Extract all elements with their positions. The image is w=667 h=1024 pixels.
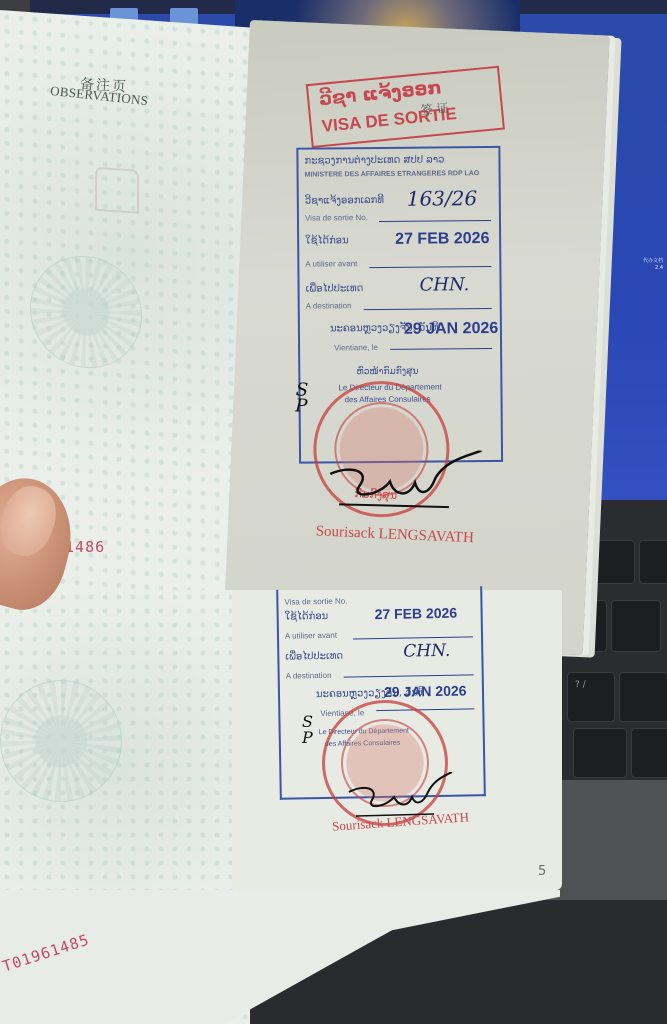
keyboard-key (639, 540, 667, 584)
field-label-lao: ເພື່ອໄປປະເທດ (306, 283, 364, 295)
side-label-line: 2.4 (643, 265, 663, 272)
keyboard-key: ? / (567, 672, 615, 722)
guilloche-rosette (0, 680, 122, 802)
photo-scene: ·· ·· 屏幕广告 代办文档 2.4 ? / 备注页 OBSERVATIONS… (0, 0, 667, 1024)
side-label-line: 代办文档 (643, 258, 663, 265)
keyboard-key (611, 600, 661, 652)
initial-p: P (302, 730, 313, 746)
page-number: 5 (538, 864, 546, 879)
field-rule (353, 636, 473, 639)
keyboard-key (573, 728, 627, 778)
handwritten-initials: S P (295, 382, 309, 415)
initial-p: P (295, 398, 308, 415)
field-rule (344, 674, 474, 677)
guilloche-rosette (30, 252, 142, 372)
ministry-name-lao: ກະຊວງການຕ່າງປະເທດ ສປປ ລາວ (304, 154, 444, 166)
field-label-fr: Vientiane, le (334, 343, 378, 352)
field-label-lao: ໃຊ້ໄດ້ກ່ອນ (285, 611, 329, 623)
temple-of-heaven-watermark (95, 167, 139, 214)
field-label-lao: ວີຊາແຈ້ງອອກເລກທີ (305, 195, 384, 207)
field-rule (369, 266, 491, 268)
passport-top-right-page: ວີຊາ ແຈ້ງອອກ VISA DE SORTIE 签 证 ກະຊວງການ… (223, 20, 610, 655)
field-label-fr: Visa de sortie No. (284, 597, 347, 607)
field-label-lao: ໃຊ້ໄດ້ກ່ອນ (305, 235, 349, 246)
valid-until-value: 27 FEB 2026 (395, 230, 489, 249)
destination-value: CHN. (419, 274, 469, 295)
field-label-fr: A destination (286, 671, 332, 681)
field-rule (364, 308, 492, 310)
visa-overprint-cn: 签 证 (420, 99, 449, 119)
passport-bottom-right-page: Visa de sortie No. ໃຊ້ໄດ້ກ່ອນ 27 FEB 202… (232, 590, 562, 890)
destination-value: CHN. (403, 641, 450, 662)
field-label-lao: ເພື່ອໄປປະເທດ (285, 651, 343, 663)
visa-title-stamp: ວີຊາ ແຈ້ງອອກ VISA DE SORTIE 签 证 (306, 66, 505, 148)
ministry-name-fr: MINISTERE DES AFFAIRES ETRANGERES RDP LA… (305, 170, 480, 179)
handwritten-initials: S P (302, 714, 313, 746)
signer-name: Sourisack LENGSAVATH (315, 523, 474, 547)
field-label-fr: A destination (306, 301, 352, 310)
issue-date-value: 29 JAN 2026 (384, 683, 467, 700)
visa-number-value: 163/26 (407, 186, 478, 211)
valid-until-value: 27 FEB 2026 (374, 605, 457, 622)
field-rule (390, 348, 492, 350)
desktop-side-label: 代办文档 2.4 (643, 258, 663, 272)
field-label-fr: A utiliser avant (305, 259, 357, 268)
handwritten-signature (319, 444, 492, 521)
field-label-fr: A utiliser avant (285, 631, 337, 641)
issue-date-value: 29 JAN 2026 (404, 320, 498, 339)
keyboard-key (619, 672, 667, 722)
signatory-lao: ຫົວໜ້າກົມກົງສຸນ (356, 367, 418, 378)
field-label-fr: Visa de sortie No. (305, 213, 368, 223)
keyboard-key (631, 728, 667, 778)
field-rule (379, 220, 491, 222)
